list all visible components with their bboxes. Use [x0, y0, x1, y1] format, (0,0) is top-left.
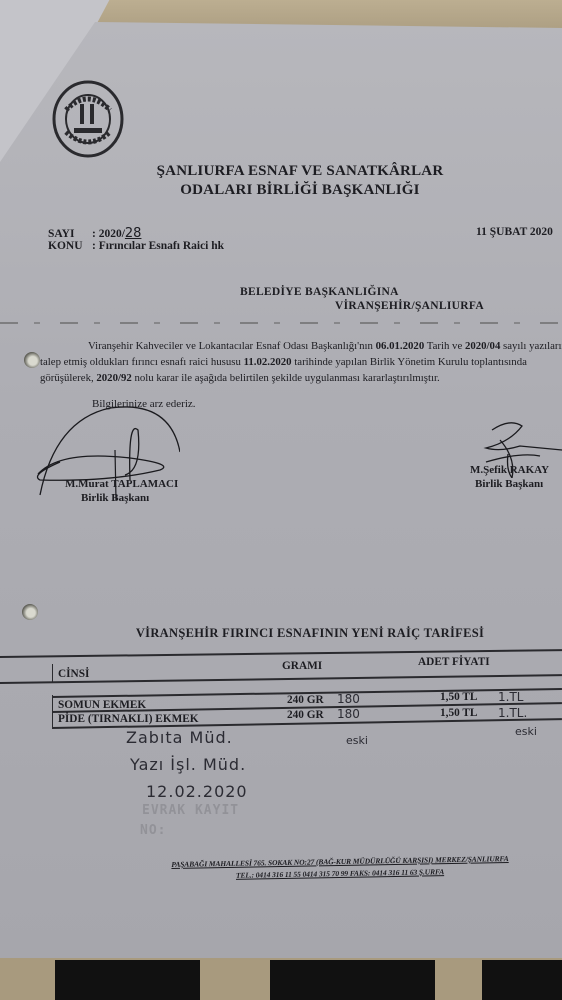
row-fiyat: 1,50 TL — [440, 691, 477, 703]
recipient-line-2: VİRANŞEHİR/ŞANLIURFA — [335, 300, 484, 312]
price-old-note: eski — [515, 725, 537, 738]
document-date: 11 ŞUBAT 2020 — [476, 226, 553, 238]
dark-object — [482, 960, 562, 1000]
header-cinsi: CİNSİ — [58, 668, 89, 680]
gram-old-note: eski — [346, 734, 368, 747]
chamber-seal-icon — [52, 80, 124, 158]
letterhead-title: ŞANLIURFA ESNAF VE SANATKÂRLAR ODALARI B… — [150, 162, 450, 200]
routing-note-1: Zabıta Müd. — [126, 728, 233, 747]
routing-note-2: Yazı İşl. Müd. — [130, 755, 246, 774]
reference-number: SAYI: 2020/28 — [48, 226, 141, 241]
tariff-title: VİRANŞEHİR FIRINCI ESNAFININ YENİ RAİÇ T… — [130, 626, 490, 641]
body-meeting-date: 11.02.2020 — [244, 356, 292, 368]
row-cinsi: PİDE (TIRNAKLI) EKMEK — [58, 713, 199, 725]
subject-line: KONU: Fırıncılar Esnafı Raici hk — [48, 240, 224, 252]
body-paragraph: Viranşehir Kahveciler ve Lokantacılar Es… — [40, 338, 562, 386]
routing-date: 12.02.2020 — [146, 782, 248, 801]
registry-stamp-number: NO: — [140, 823, 166, 838]
konu-label: KONU — [48, 240, 92, 252]
sayi-handwritten: 28 — [125, 226, 142, 241]
row-grami: 240 GR — [287, 694, 324, 706]
konu-value: : Fırıncılar Esnafı Raici hk — [92, 240, 224, 252]
signatory-1-name: M.Murat TAPLAMACI — [65, 478, 178, 490]
body-text-1: Viranşehir Kahveciler ve Lokantacılar Es… — [88, 340, 376, 352]
row-fiyat-old: 1.TL — [498, 690, 523, 704]
header-adet-fiyati: ADET FİYATI — [418, 656, 490, 668]
sayi-label: SAYI — [48, 228, 92, 240]
row-fiyat-old: 1.TL. — [498, 706, 527, 720]
signatory-1-title: Birlik Başkanı — [81, 492, 149, 504]
recipient-line-1: BELEDİYE BAŞKANLIĞINA — [240, 286, 399, 298]
sayi-value: : 2020/ — [92, 228, 125, 240]
title-line-2: ODALARI BİRLİĞİ BAŞKANLIĞI — [150, 181, 450, 200]
header-grami: GRAMI — [282, 660, 322, 672]
row-grami-old: 180 — [337, 692, 360, 706]
table-border — [52, 695, 53, 728]
body-ref: 2020/04 — [465, 340, 500, 352]
dashed-separator — [0, 322, 562, 324]
body-text-2: Tarih ve — [424, 340, 465, 352]
body-text-5: nolu karar ile aşağıda belirtilen şekild… — [132, 372, 440, 384]
body-decision: 2020/92 — [96, 372, 131, 384]
row-grami: 240 GR — [287, 709, 324, 721]
dark-object — [55, 960, 200, 1000]
signatory-2-name: M.Şefik RAKAY — [470, 464, 549, 476]
body-date: 06.01.2020 — [376, 340, 425, 352]
punch-hole — [22, 604, 38, 620]
signatory-2-title: Birlik Başkanı — [475, 478, 543, 490]
title-line-1: ŞANLIURFA ESNAF VE SANATKÂRLAR — [150, 162, 450, 181]
row-cinsi: SOMUN EKMEK — [58, 699, 146, 711]
row-fiyat: 1,50 TL — [440, 707, 477, 719]
dark-object — [270, 960, 435, 1000]
background-floor — [0, 958, 562, 1000]
registry-stamp-label: EVRAK KAYIT — [142, 803, 239, 818]
row-grami-old: 180 — [337, 707, 360, 721]
table-border — [52, 664, 53, 682]
punch-hole — [24, 352, 40, 368]
